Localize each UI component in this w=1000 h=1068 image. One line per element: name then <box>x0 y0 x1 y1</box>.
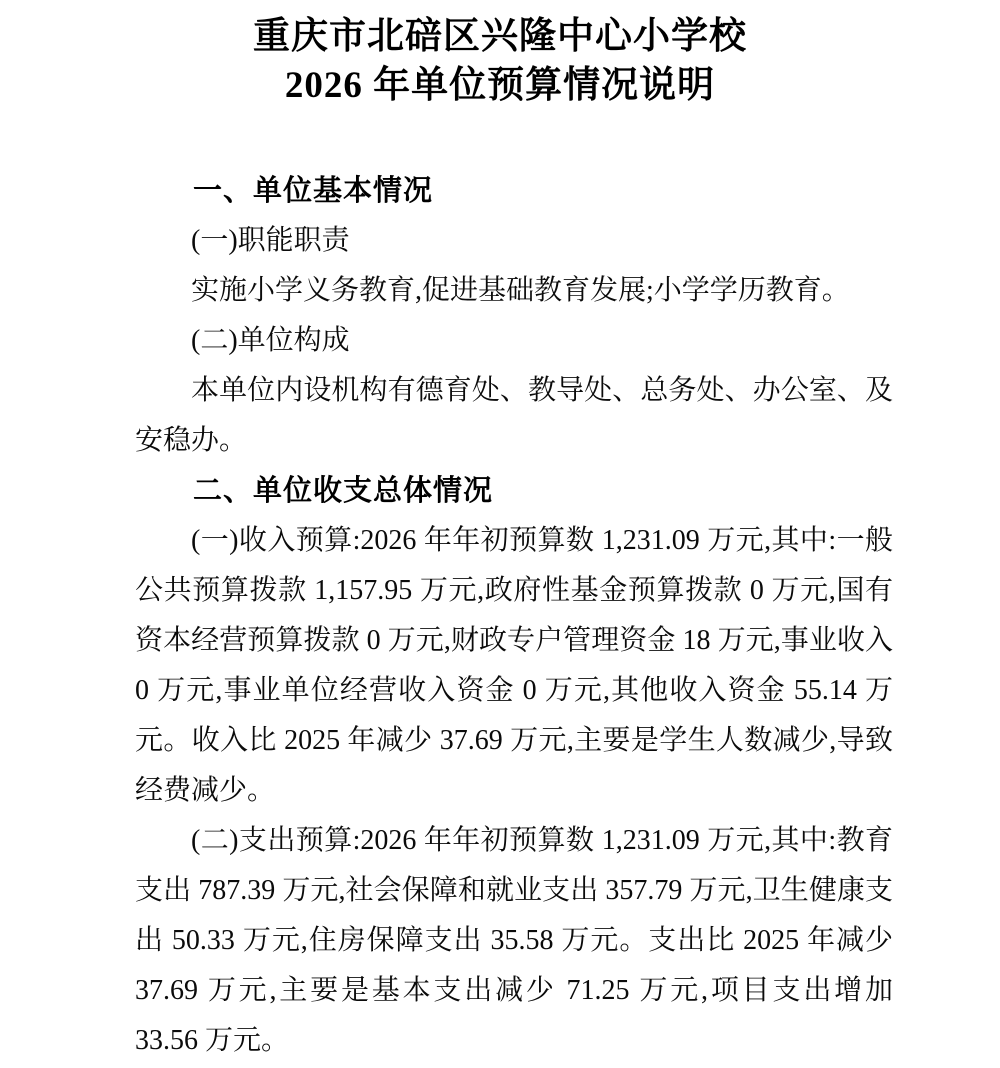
document-title: 重庆市北碚区兴隆中心小学校 2026 年单位预算情况说明 <box>0 0 1000 110</box>
section-1-sub-2-heading: (二)单位构成 <box>135 316 893 366</box>
income-budget-paragraph: (一)收入预算:2026 年年初预算数 1,231.09 万元,其中:一般公共预… <box>135 516 893 816</box>
section-1-heading: 一、单位基本情况 <box>135 166 893 216</box>
section-1-sub-1-heading: (一)职能职责 <box>135 216 893 266</box>
document-body: 一、单位基本情况 (一)职能职责 实施小学义务教育,促进基础教育发展;小学学历教… <box>0 166 1000 1066</box>
title-line-1: 重庆市北碚区兴隆中心小学校 <box>0 12 1000 61</box>
section-2-heading: 二、单位收支总体情况 <box>135 466 893 516</box>
section-1-sub-1-body: 实施小学义务教育,促进基础教育发展;小学学历教育。 <box>135 266 893 316</box>
document-page: 重庆市北碚区兴隆中心小学校 2026 年单位预算情况说明 一、单位基本情况 (一… <box>0 0 1000 1068</box>
expenditure-budget-paragraph: (二)支出预算:2026 年年初预算数 1,231.09 万元,其中:教育支出 … <box>135 816 893 1066</box>
section-1-sub-2-body: 本单位内设机构有德育处、教导处、总务处、办公室、及安稳办。 <box>135 366 893 466</box>
title-line-2: 2026 年单位预算情况说明 <box>0 61 1000 110</box>
